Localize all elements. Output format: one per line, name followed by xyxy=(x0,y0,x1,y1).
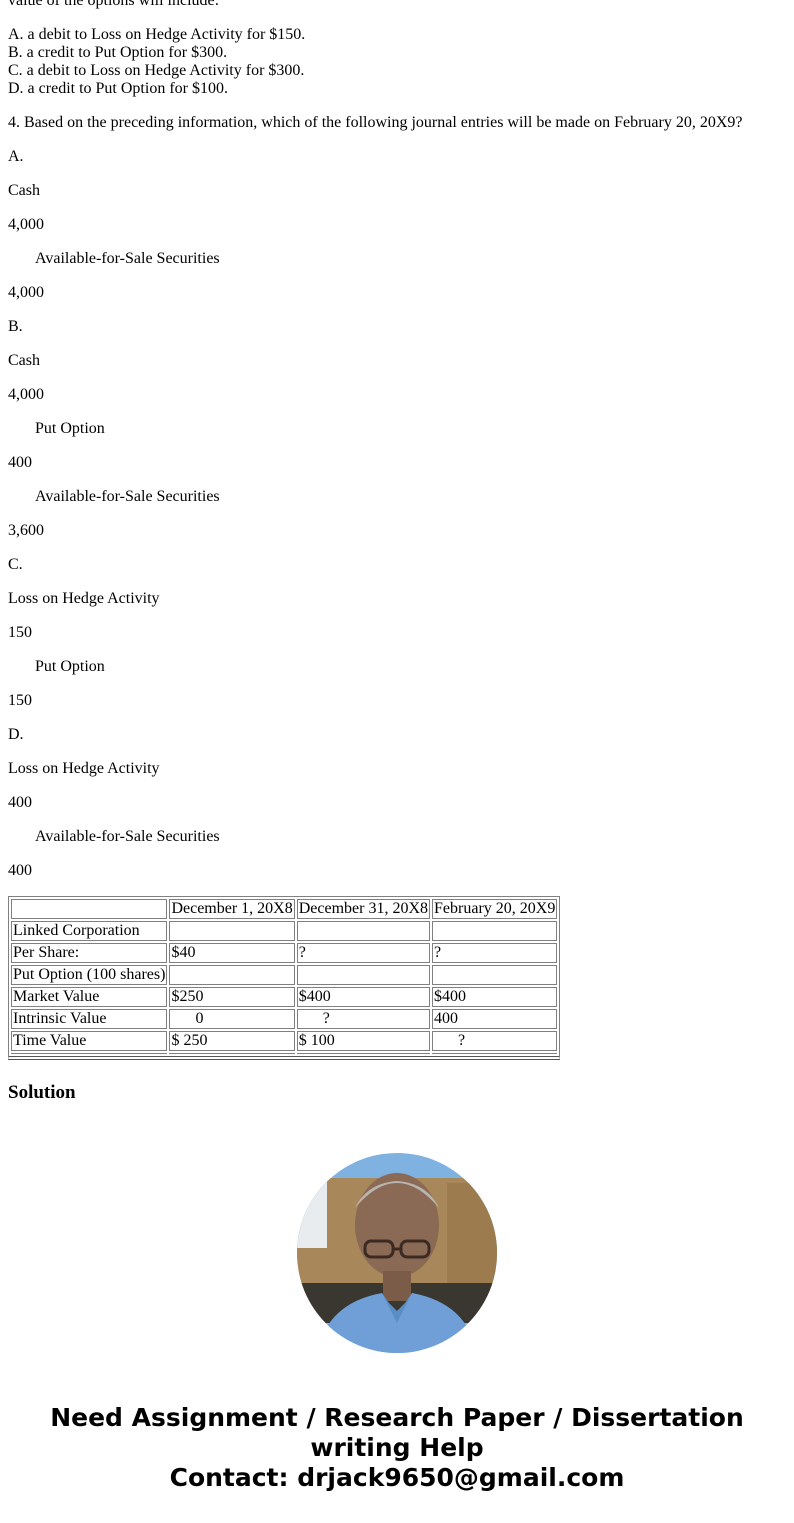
table-cell: ? xyxy=(432,1031,557,1051)
entry-amount: 400 xyxy=(8,862,788,880)
author-photo-icon xyxy=(297,1153,497,1353)
entry-account: Loss on Hedge Activity xyxy=(8,760,788,778)
question4-choices: A.Cash4,000Available-for-Sale Securities… xyxy=(8,148,788,880)
table-cell: $400 xyxy=(432,987,557,1007)
document-body: value of the options will include: A. a … xyxy=(8,0,788,1104)
promo-banner: Need Assignment / Research Paper / Disse… xyxy=(0,1403,794,1493)
table-empty-row xyxy=(11,1053,557,1054)
entry-account: Put Option xyxy=(8,658,788,676)
table-cell: $400 xyxy=(297,987,430,1007)
entry-account: Available-for-Sale Securities xyxy=(8,250,788,268)
table-row: Per Share:$40?? xyxy=(11,943,557,963)
promo-contact: Contact: drjack9650@gmail.com xyxy=(0,1463,794,1493)
option-d: D. a credit to Put Option for $100. xyxy=(8,80,788,98)
promo-line-2: writing Help xyxy=(0,1433,794,1463)
table-cell: Time Value xyxy=(11,1031,167,1051)
table-cell: Market Value xyxy=(11,987,167,1007)
table-cell xyxy=(11,1053,167,1054)
table-header-cell: December 1, 20X8 xyxy=(169,899,294,919)
entry-amount: 150 xyxy=(8,624,788,642)
table-cell: ? xyxy=(297,1009,430,1029)
table-cell: Put Option (100 shares) xyxy=(11,965,167,985)
question3-options: A. a debit to Loss on Hedge Activity for… xyxy=(8,26,788,98)
table-cell xyxy=(297,1053,430,1054)
table-cell xyxy=(432,921,557,941)
table-cell: $ 100 xyxy=(297,1031,430,1051)
table-cell: Per Share: xyxy=(11,943,167,963)
entry-account: Cash xyxy=(8,182,788,200)
promo-line-1: Need Assignment / Research Paper / Disse… xyxy=(0,1403,794,1433)
entry-account: Loss on Hedge Activity xyxy=(8,590,788,608)
option-c: C. a debit to Loss on Hedge Activity for… xyxy=(8,62,788,80)
table-cell: ? xyxy=(297,943,430,963)
entry-amount: 3,600 xyxy=(8,522,788,540)
entry-amount: 400 xyxy=(8,454,788,472)
entry-amount: 4,000 xyxy=(8,386,788,404)
table-row: Put Option (100 shares) xyxy=(11,965,557,985)
entry-account: Cash xyxy=(8,352,788,370)
option-values-table: December 1, 20X8December 31, 20X8Februar… xyxy=(8,896,560,1060)
table-header-row: December 1, 20X8December 31, 20X8Februar… xyxy=(11,899,557,919)
choice-label: A. xyxy=(8,148,788,166)
table-cell xyxy=(432,965,557,985)
choice-label: C. xyxy=(8,556,788,574)
table-row: Intrinsic Value 0 ?400 xyxy=(11,1009,557,1029)
table-cell xyxy=(169,965,294,985)
entry-amount: 4,000 xyxy=(8,216,788,234)
entry-account: Available-for-Sale Securities xyxy=(8,828,788,846)
entry-account: Available-for-Sale Securities xyxy=(8,488,788,506)
choice-label: B. xyxy=(8,318,788,336)
table-cell: ? xyxy=(432,943,557,963)
choice-label: D. xyxy=(8,726,788,744)
table-cell xyxy=(169,1053,294,1054)
table-header-cell xyxy=(11,899,167,919)
table-header-cell: December 31, 20X8 xyxy=(297,899,430,919)
table-cell xyxy=(297,921,430,941)
table-cell: $40 xyxy=(169,943,294,963)
table-cell: 400 xyxy=(432,1009,557,1029)
solution-heading: Solution xyxy=(8,1082,788,1104)
table-row: Market Value$250$400$400 xyxy=(11,987,557,1007)
entry-amount: 400 xyxy=(8,794,788,812)
table-header-cell: February 20, 20X9 xyxy=(432,899,557,919)
entry-amount: 4,000 xyxy=(8,284,788,302)
entry-account: Put Option xyxy=(8,420,788,438)
table-cell: $ 250 xyxy=(169,1031,294,1051)
table-row: Linked Corporation xyxy=(11,921,557,941)
question4-stem: 4. Based on the preceding information, w… xyxy=(8,114,788,132)
table-cell: $250 xyxy=(169,987,294,1007)
table-cell xyxy=(169,921,294,941)
option-a: A. a debit to Loss on Hedge Activity for… xyxy=(8,26,788,44)
table-cell: Intrinsic Value xyxy=(11,1009,167,1029)
table-cell: Linked Corporation xyxy=(11,921,167,941)
table-cell: 0 xyxy=(169,1009,294,1029)
option-b: B. a credit to Put Option for $300. xyxy=(8,44,788,62)
entry-amount: 150 xyxy=(8,692,788,710)
table-cell xyxy=(297,965,430,985)
author-avatar xyxy=(297,1153,497,1353)
table-row: Time Value$ 250$ 100 ? xyxy=(11,1031,557,1051)
table-cell xyxy=(432,1053,557,1054)
question3-stem-tail: value of the options will include: xyxy=(8,0,788,10)
